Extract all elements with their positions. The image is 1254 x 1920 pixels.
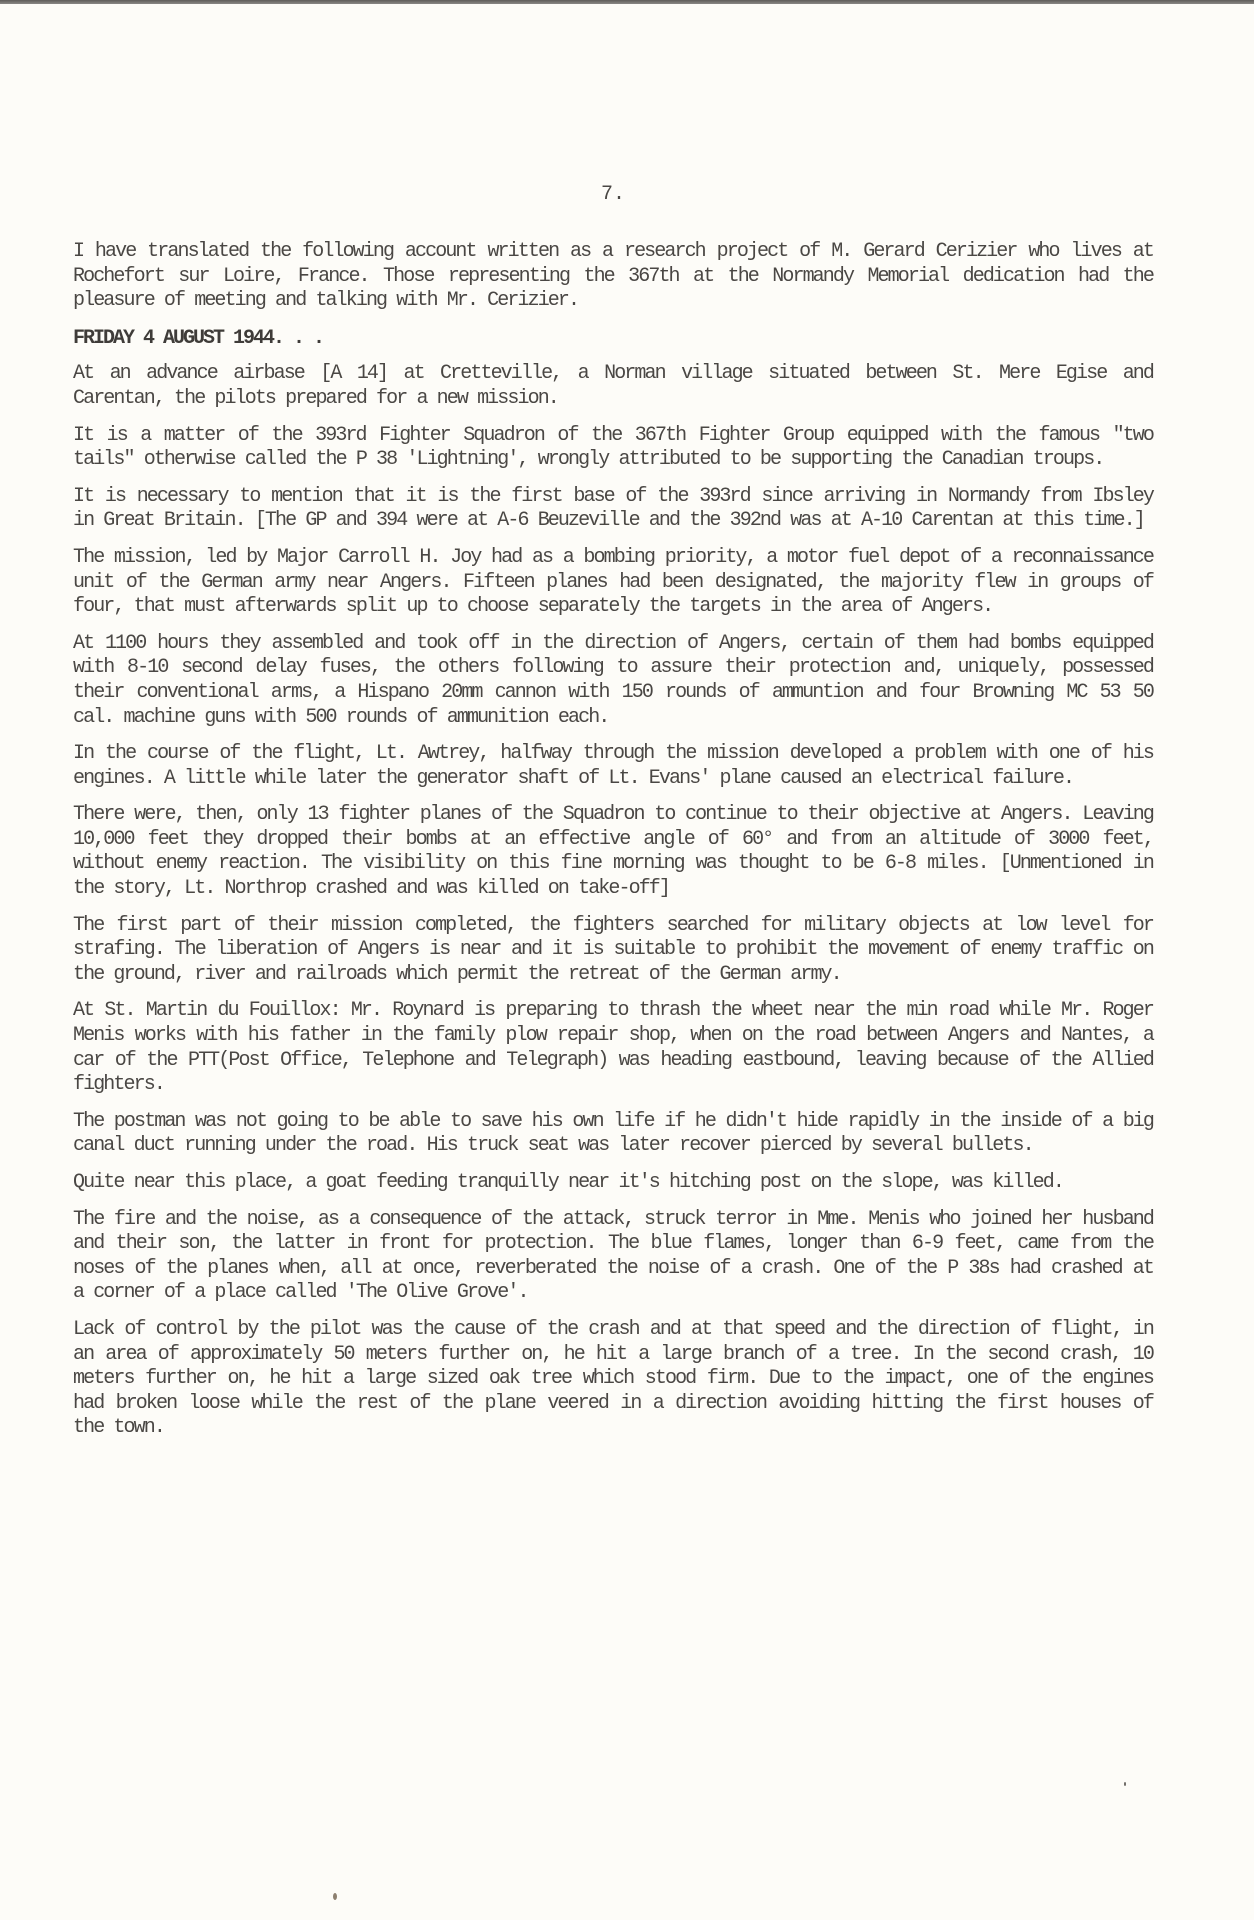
scan-top-edge	[0, 0, 1254, 4]
paragraph-bombing: There were, then, only 13 fighter planes…	[73, 803, 1153, 901]
paragraph-postman: The postman was not going to be able to …	[73, 1110, 1153, 1159]
section-heading: FRIDAY 4 AUGUST 1944. . .	[73, 327, 1153, 352]
paragraph-st-martin: At St. Martin du Fouillox: Mr. Roynard i…	[73, 999, 1153, 1097]
paper-speck	[1124, 1782, 1126, 1786]
paragraph-first-base: It is necessary to mention that it is th…	[73, 485, 1153, 534]
paragraph-goat: Quite near this place, a goat feeding tr…	[73, 1171, 1153, 1196]
paragraph-squadron: It is a matter of the 393rd Fighter Squa…	[73, 424, 1153, 473]
paragraph-mission: The mission, led by Major Carroll H. Joy…	[73, 546, 1153, 620]
paragraph-flight-problems: In the course of the flight, Lt. Awtrey,…	[73, 742, 1153, 791]
paragraph-crash: Lack of control by the pilot was the cau…	[73, 1318, 1153, 1441]
paragraph-takeoff: At 1100 hours they assembled and took of…	[73, 632, 1153, 730]
paragraph-strafing: The first part of their mission complete…	[73, 914, 1153, 988]
intro-paragraph: I have translated the following account …	[73, 240, 1153, 314]
document-body: I have translated the following account …	[73, 240, 1153, 1453]
paper-speck	[333, 1893, 337, 1900]
page-number: 7.	[73, 183, 1153, 207]
paragraph-airbase: At an advance airbase [A 14] at Crettevi…	[73, 362, 1153, 411]
paragraph-fire-noise: The fire and the noise, as a consequence…	[73, 1208, 1153, 1306]
